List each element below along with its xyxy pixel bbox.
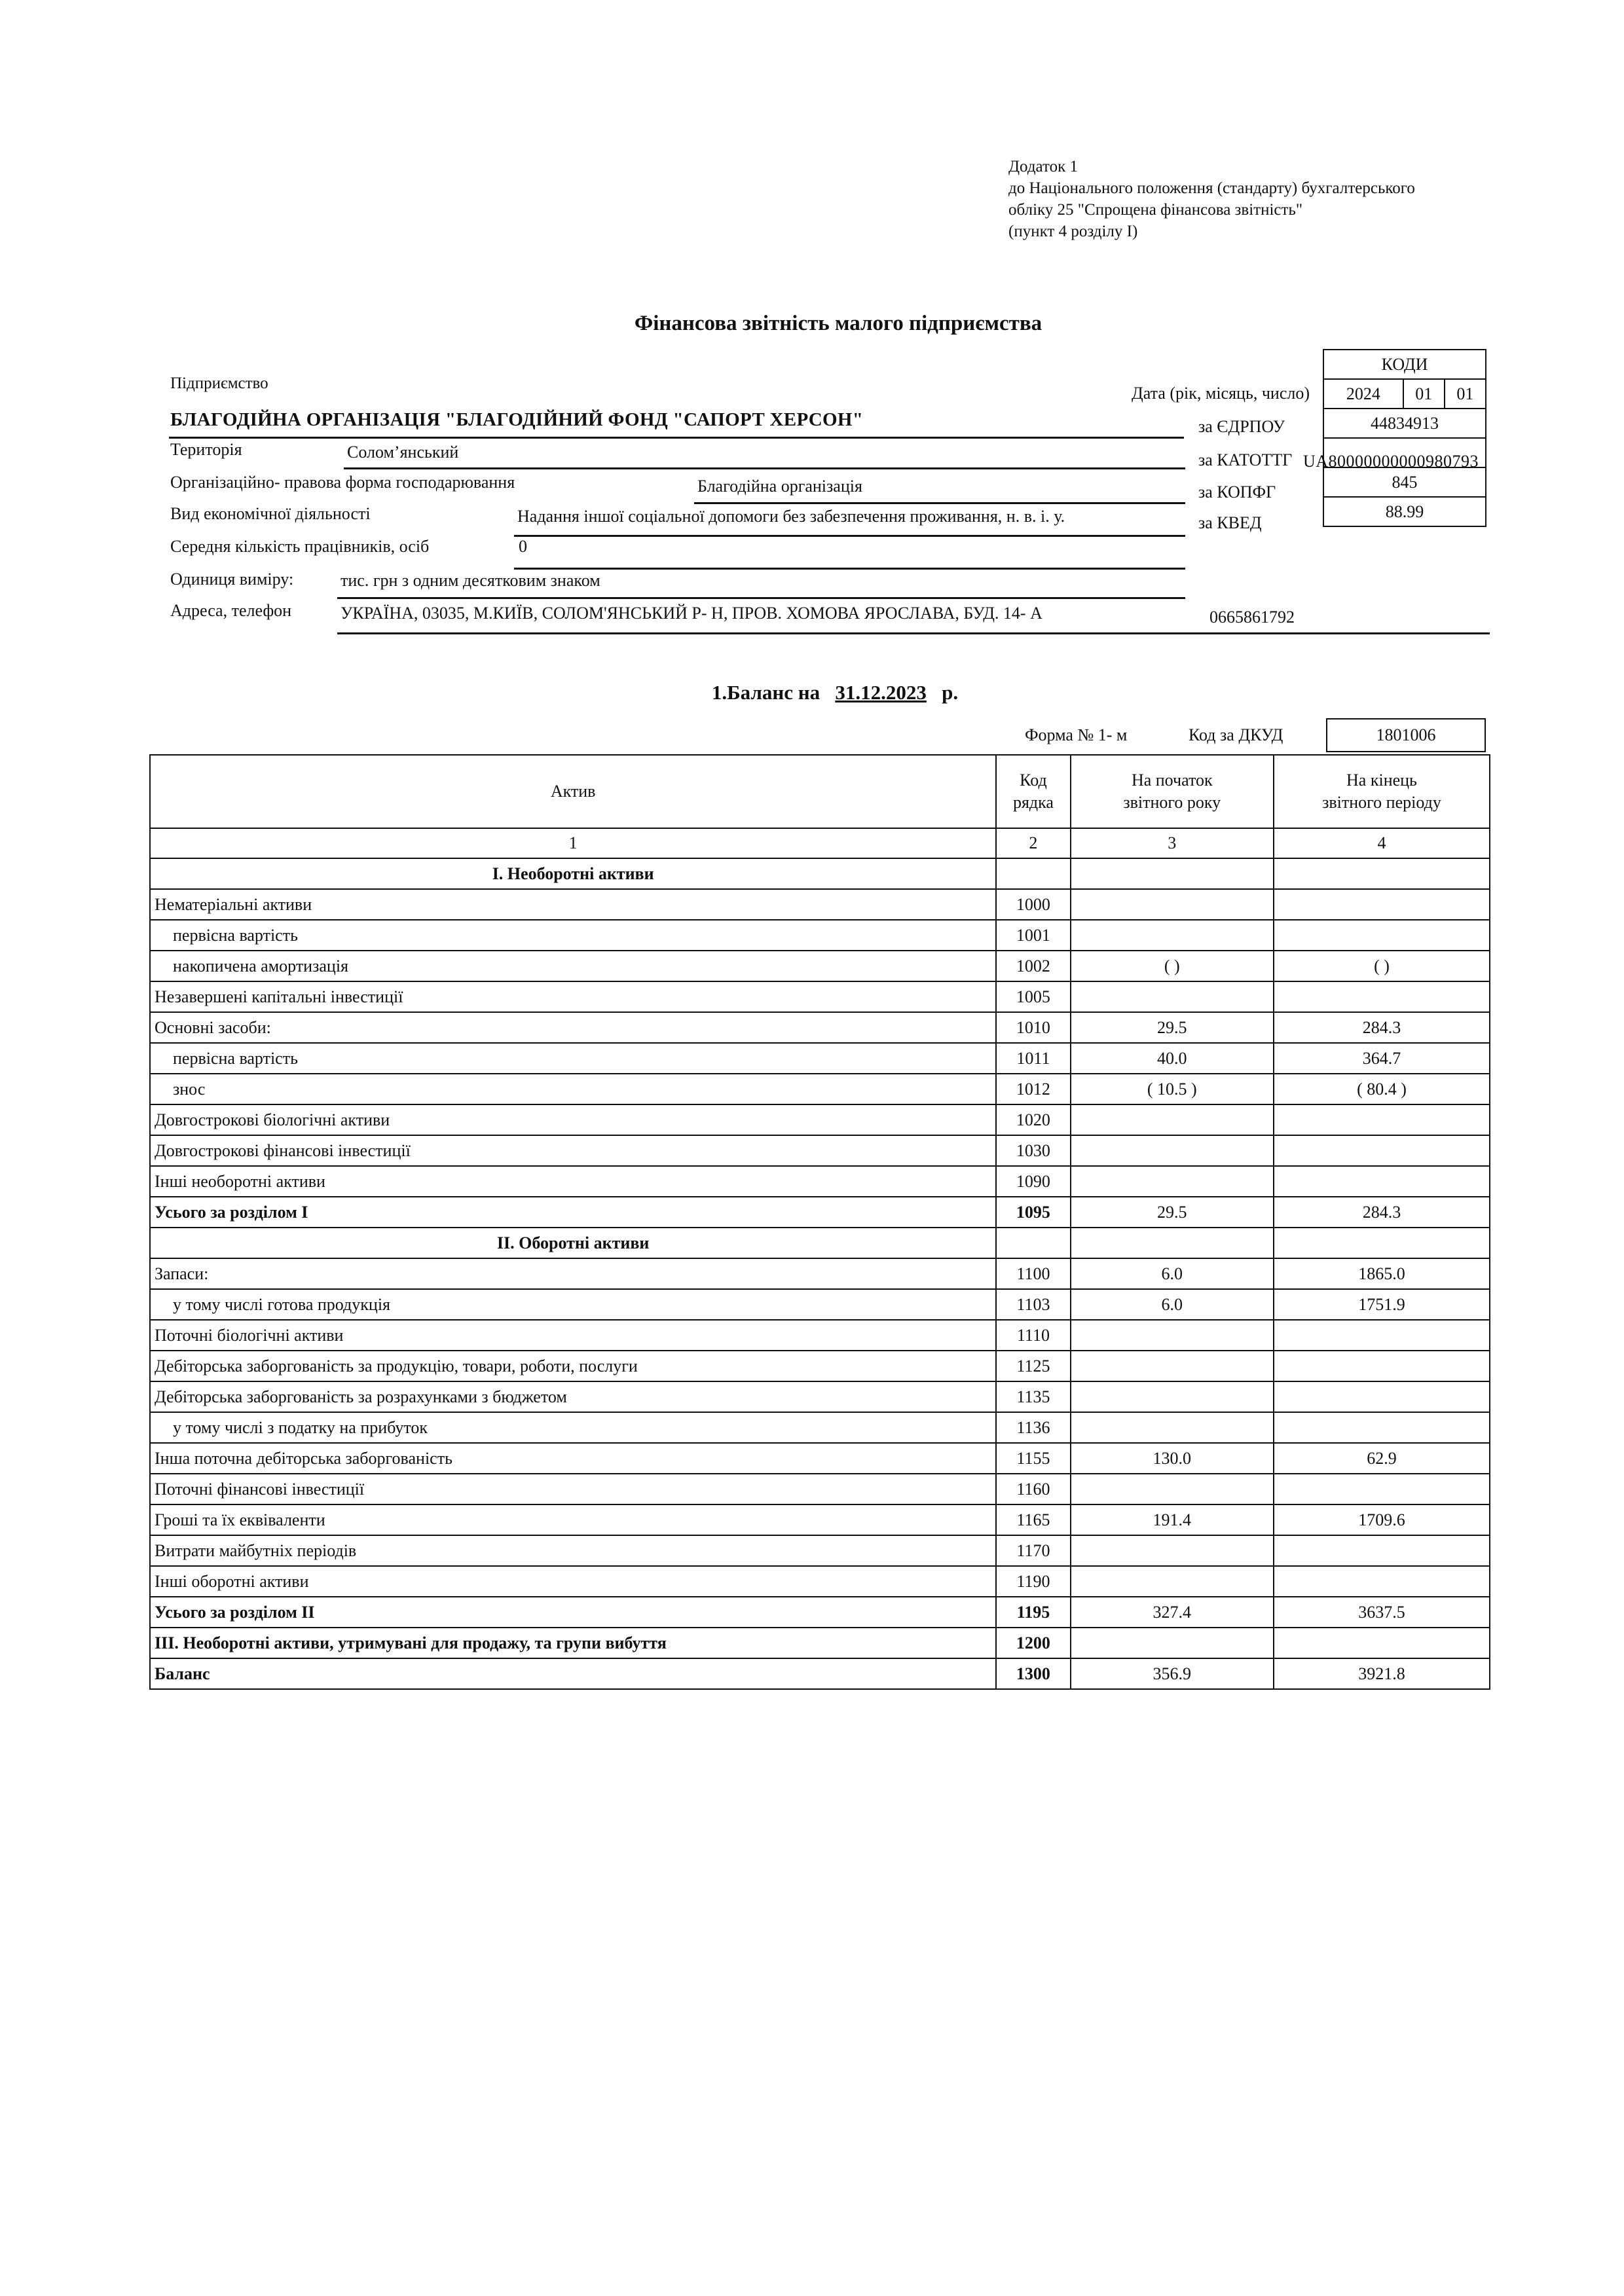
section-header-row: II. Оборотні активи	[150, 1228, 1490, 1258]
table-row: Основні засоби:101029.5284.3	[150, 1012, 1490, 1043]
table-row: III. Необоротні активи, утримувані для п…	[150, 1628, 1490, 1658]
row-end-value: 3921.8	[1274, 1658, 1490, 1689]
activity-value: Надання іншої соціальної допомоги без за…	[517, 507, 1065, 526]
document-title: Фінансова звітність малого підприємства	[0, 312, 1624, 336]
row-label: Запаси:	[150, 1258, 996, 1289]
address-label: Адреса, телефон	[170, 601, 291, 621]
row-code: 1010	[996, 1012, 1070, 1043]
section-header-row: I. Необоротні активи	[150, 858, 1490, 889]
territory-label: Територія	[170, 440, 242, 460]
row-end-value	[1274, 1474, 1490, 1504]
row-end-value	[1274, 858, 1490, 889]
col-code-header: Код рядка	[996, 755, 1070, 828]
row-start-value	[1071, 1381, 1274, 1412]
row-start-value: 29.5	[1071, 1197, 1274, 1228]
kopfg-label: за КОПФГ	[1198, 483, 1276, 502]
katottg-label: за КАТОТТГ	[1198, 450, 1292, 470]
row-label: Інші необоротні активи	[150, 1166, 996, 1197]
divider	[694, 502, 1185, 504]
row-end-value	[1274, 981, 1490, 1012]
divider	[514, 535, 1185, 537]
row-end-value: 1865.0	[1274, 1258, 1490, 1289]
enterprise-label: Підприємство	[170, 374, 268, 393]
row-label: Основні засоби:	[150, 1012, 996, 1043]
divider	[344, 467, 1185, 469]
legal-form-label: Організаційно- правова форма господарюва…	[170, 473, 515, 492]
row-label: у тому числі готова продукція	[150, 1289, 996, 1320]
row-code: 1001	[996, 920, 1070, 951]
row-end-value: 284.3	[1274, 1012, 1490, 1043]
row-label: Витрати майбутніх періодів	[150, 1535, 996, 1566]
row-code	[996, 1228, 1070, 1258]
edrpou-value: 44834913	[1323, 409, 1486, 438]
unit-value: тис. грн з одним десятковим знаком	[341, 571, 600, 591]
col-end-header-line: На кінець	[1278, 769, 1485, 792]
table-row: Довгострокові фінансові інвестиції1030	[150, 1135, 1490, 1166]
row-label: Баланс	[150, 1658, 996, 1689]
row-code: 1170	[996, 1535, 1070, 1566]
row-label: I. Необоротні активи	[150, 858, 996, 889]
row-code: 1300	[996, 1658, 1070, 1689]
appendix-line: Додаток 1	[1008, 156, 1415, 177]
date-year: 2024	[1323, 379, 1403, 409]
katottg-value: UA80000000000980793	[1303, 452, 1479, 471]
row-label: у тому числі з податку на прибуток	[150, 1412, 996, 1443]
table-row: Інші необоротні активи1090	[150, 1166, 1490, 1197]
row-code: 1135	[996, 1381, 1070, 1412]
col-start-header-line: звітного року	[1075, 792, 1269, 814]
row-code: 1020	[996, 1104, 1070, 1135]
dkud-value: 1801006	[1326, 718, 1486, 752]
divider	[514, 568, 1185, 570]
table-row: Дебіторська заборгованість за продукцію,…	[150, 1351, 1490, 1381]
balance-title-prefix: 1.Баланс на	[712, 681, 820, 704]
table-row: первісна вартість1001	[150, 920, 1490, 951]
row-code: 1160	[996, 1474, 1070, 1504]
column-numbers-row: 1 2 3 4	[150, 828, 1490, 858]
row-end-value	[1274, 1535, 1490, 1566]
balance-table: Актив Код рядка На початок звітного року…	[149, 754, 1490, 1690]
row-start-value: 6.0	[1071, 1289, 1274, 1320]
row-code: 1103	[996, 1289, 1070, 1320]
territory-value: Солом’янський	[347, 443, 458, 462]
address-value: УКРАЇНА, 03035, М.КИЇВ, СОЛОМ'ЯНСЬКИЙ Р-…	[341, 604, 1043, 623]
legal-form-value: Благодійна організація	[697, 477, 862, 496]
row-start-value	[1071, 981, 1274, 1012]
divider	[337, 632, 1490, 634]
form-number: Форма № 1- м	[1025, 725, 1127, 745]
col-start-header-line: На початок	[1075, 769, 1269, 792]
table-row: Інша поточна дебіторська заборгованість1…	[150, 1443, 1490, 1474]
phone-value: 0665861792	[1209, 608, 1295, 627]
col-asset-header: Актив	[150, 755, 996, 828]
row-end-value: 364.7	[1274, 1043, 1490, 1074]
row-label: Дебіторська заборгованість за розрахунка…	[150, 1381, 996, 1412]
kopfg-value: 845	[1323, 467, 1486, 497]
row-start-value	[1071, 1135, 1274, 1166]
date-month: 01	[1403, 379, 1445, 409]
employees-value: 0	[519, 537, 527, 556]
table-header-row: Актив Код рядка На початок звітного року…	[150, 755, 1490, 828]
row-start-value	[1071, 1320, 1274, 1351]
row-end-value	[1274, 1228, 1490, 1258]
row-start-value	[1071, 1628, 1274, 1658]
enterprise-name: БЛАГОДІЙНА ОРГАНІЗАЦІЯ "БЛАГОДІЙНИЙ ФОНД…	[170, 409, 863, 431]
row-code: 1195	[996, 1597, 1070, 1628]
row-start-value: 327.4	[1071, 1597, 1274, 1628]
edrpou-label: за ЄДРПОУ	[1048, 417, 1297, 437]
row-end-value: 62.9	[1274, 1443, 1490, 1474]
table-row: Запаси:11006.01865.0	[150, 1258, 1490, 1289]
balance-title-suffix: р.	[942, 681, 958, 704]
table-row: Баланс1300356.93921.8	[150, 1658, 1490, 1689]
table-row: у тому числі з податку на прибуток1136	[150, 1412, 1490, 1443]
col-number: 2	[996, 828, 1070, 858]
appendix-line: до Національного положення (стандарту) б…	[1008, 177, 1415, 199]
activity-label: Вид економічної діяльності	[170, 504, 371, 524]
row-label: Усього за розділом I	[150, 1197, 996, 1228]
row-code: 1155	[996, 1443, 1070, 1474]
row-code: 1190	[996, 1566, 1070, 1597]
col-end-header-line: звітного періоду	[1278, 792, 1485, 814]
row-code: 1125	[996, 1351, 1070, 1381]
row-code: 1136	[996, 1412, 1070, 1443]
row-start-value: 130.0	[1071, 1443, 1274, 1474]
balance-date: 31.12.2023	[835, 681, 927, 704]
row-label: первісна вартість	[150, 920, 996, 951]
row-start-value	[1071, 1166, 1274, 1197]
row-end-value: 284.3	[1274, 1197, 1490, 1228]
balance-title: 1.Баланс на 31.12.2023 р.	[0, 681, 1624, 704]
row-end-value: 1709.6	[1274, 1504, 1490, 1535]
row-code: 1011	[996, 1043, 1070, 1074]
row-code: 1110	[996, 1320, 1070, 1351]
row-end-value	[1274, 1104, 1490, 1135]
row-start-value: ( )	[1071, 951, 1274, 981]
row-label: накопичена амортизація	[150, 951, 996, 981]
row-end-value	[1274, 920, 1490, 951]
table-row: Інші оборотні активи1190	[150, 1566, 1490, 1597]
row-end-value: ( )	[1274, 951, 1490, 981]
col-code-header-line: Код	[1001, 769, 1065, 792]
row-label: Інші оборотні активи	[150, 1566, 996, 1597]
row-code	[996, 858, 1070, 889]
col-number: 3	[1071, 828, 1274, 858]
row-end-value: 3637.5	[1274, 1597, 1490, 1628]
row-start-value	[1071, 1566, 1274, 1597]
codes-title: КОДИ	[1323, 350, 1486, 379]
kved-value: 88.99	[1323, 497, 1486, 526]
col-start-header: На початок звітного року	[1071, 755, 1274, 828]
row-code: 1095	[996, 1197, 1070, 1228]
row-start-value: 29.5	[1071, 1012, 1274, 1043]
table-row: накопичена амортизація1002( )( )	[150, 951, 1490, 981]
appendix-line: обліку 25 "Спрощена фінансова звітність"	[1008, 199, 1415, 221]
table-row: Гроші та їх еквіваленти1165191.41709.6	[150, 1504, 1490, 1535]
row-start-value	[1071, 1535, 1274, 1566]
row-label: Незавершені капітальні інвестиції	[150, 981, 996, 1012]
row-start-value: 6.0	[1071, 1258, 1274, 1289]
row-end-value	[1274, 1135, 1490, 1166]
row-code: 1200	[996, 1628, 1070, 1658]
row-label: Поточні біологічні активи	[150, 1320, 996, 1351]
table-row: Усього за розділом I109529.5284.3	[150, 1197, 1490, 1228]
kved-label: за КВЕД	[1198, 513, 1262, 533]
row-start-value	[1071, 1104, 1274, 1135]
row-start-value: ( 10.5 )	[1071, 1074, 1274, 1104]
col-end-header: На кінець звітного періоду	[1274, 755, 1490, 828]
table-row: Поточні біологічні активи1110	[150, 1320, 1490, 1351]
row-code: 1090	[996, 1166, 1070, 1197]
dkud-label: Код за ДКУД	[1189, 725, 1283, 745]
appendix-line: (пункт 4 розділу I)	[1008, 221, 1415, 242]
employees-label: Середня кількість працівників, осіб	[170, 537, 429, 556]
row-start-value: 40.0	[1071, 1043, 1274, 1074]
unit-label: Одиниця виміру:	[170, 570, 293, 589]
row-end-value	[1274, 1628, 1490, 1658]
row-code: 1002	[996, 951, 1070, 981]
divider	[169, 437, 1184, 439]
row-start-value	[1071, 1412, 1274, 1443]
date-day: 01	[1445, 379, 1486, 409]
table-row: Довгострокові біологічні активи1020	[150, 1104, 1490, 1135]
table-row: знос1012( 10.5 )( 80.4 )	[150, 1074, 1490, 1104]
table-row: Незавершені капітальні інвестиції1005	[150, 981, 1490, 1012]
row-code: 1100	[996, 1258, 1070, 1289]
row-start-value: 356.9	[1071, 1658, 1274, 1689]
row-end-value: ( 80.4 )	[1274, 1074, 1490, 1104]
table-row: Дебіторська заборгованість за розрахунка…	[150, 1381, 1490, 1412]
row-label: Дебіторська заборгованість за продукцію,…	[150, 1351, 996, 1381]
table-row: первісна вартість101140.0364.7	[150, 1043, 1490, 1074]
col-number: 1	[150, 828, 996, 858]
row-label: II. Оборотні активи	[150, 1228, 996, 1258]
row-end-value	[1274, 1566, 1490, 1597]
date-label: Дата (рік, місяць, число)	[1048, 384, 1310, 403]
table-row: Витрати майбутніх періодів1170	[150, 1535, 1490, 1566]
table-row: у тому числі готова продукція11036.01751…	[150, 1289, 1490, 1320]
row-end-value	[1274, 1412, 1490, 1443]
row-code: 1165	[996, 1504, 1070, 1535]
table-row: Усього за розділом II1195327.43637.5	[150, 1597, 1490, 1628]
row-label: Усього за розділом II	[150, 1597, 996, 1628]
codes-table: КОДИ 2024 01 01 44834913 845 88.99	[1323, 349, 1486, 527]
row-label: Поточні фінансові інвестиції	[150, 1474, 996, 1504]
row-label: Інша поточна дебіторська заборгованість	[150, 1443, 996, 1474]
table-row: Поточні фінансові інвестиції1160	[150, 1474, 1490, 1504]
divider	[337, 597, 1185, 599]
row-label: Нематеріальні активи	[150, 889, 996, 920]
row-start-value	[1071, 889, 1274, 920]
row-code: 1000	[996, 889, 1070, 920]
row-end-value: 1751.9	[1274, 1289, 1490, 1320]
row-label: Довгострокові біологічні активи	[150, 1104, 996, 1135]
row-start-value: 191.4	[1071, 1504, 1274, 1535]
row-end-value	[1274, 1351, 1490, 1381]
row-label: III. Необоротні активи, утримувані для п…	[150, 1628, 996, 1658]
row-start-value	[1071, 858, 1274, 889]
row-end-value	[1274, 1320, 1490, 1351]
row-start-value	[1071, 1228, 1274, 1258]
col-number: 4	[1274, 828, 1490, 858]
row-label: Довгострокові фінансові інвестиції	[150, 1135, 996, 1166]
row-code: 1012	[996, 1074, 1070, 1104]
col-code-header-line: рядка	[1001, 792, 1065, 814]
table-row: Нематеріальні активи1000	[150, 889, 1490, 920]
row-end-value	[1274, 1381, 1490, 1412]
appendix-note: Додаток 1 до Національного положення (ст…	[1008, 156, 1415, 242]
row-label: знос	[150, 1074, 996, 1104]
row-start-value	[1071, 1351, 1274, 1381]
row-label: первісна вартість	[150, 1043, 996, 1074]
row-end-value	[1274, 1166, 1490, 1197]
row-start-value	[1071, 920, 1274, 951]
row-code: 1005	[996, 981, 1070, 1012]
row-code: 1030	[996, 1135, 1070, 1166]
row-label: Гроші та їх еквіваленти	[150, 1504, 996, 1535]
row-end-value	[1274, 889, 1490, 920]
row-start-value	[1071, 1474, 1274, 1504]
